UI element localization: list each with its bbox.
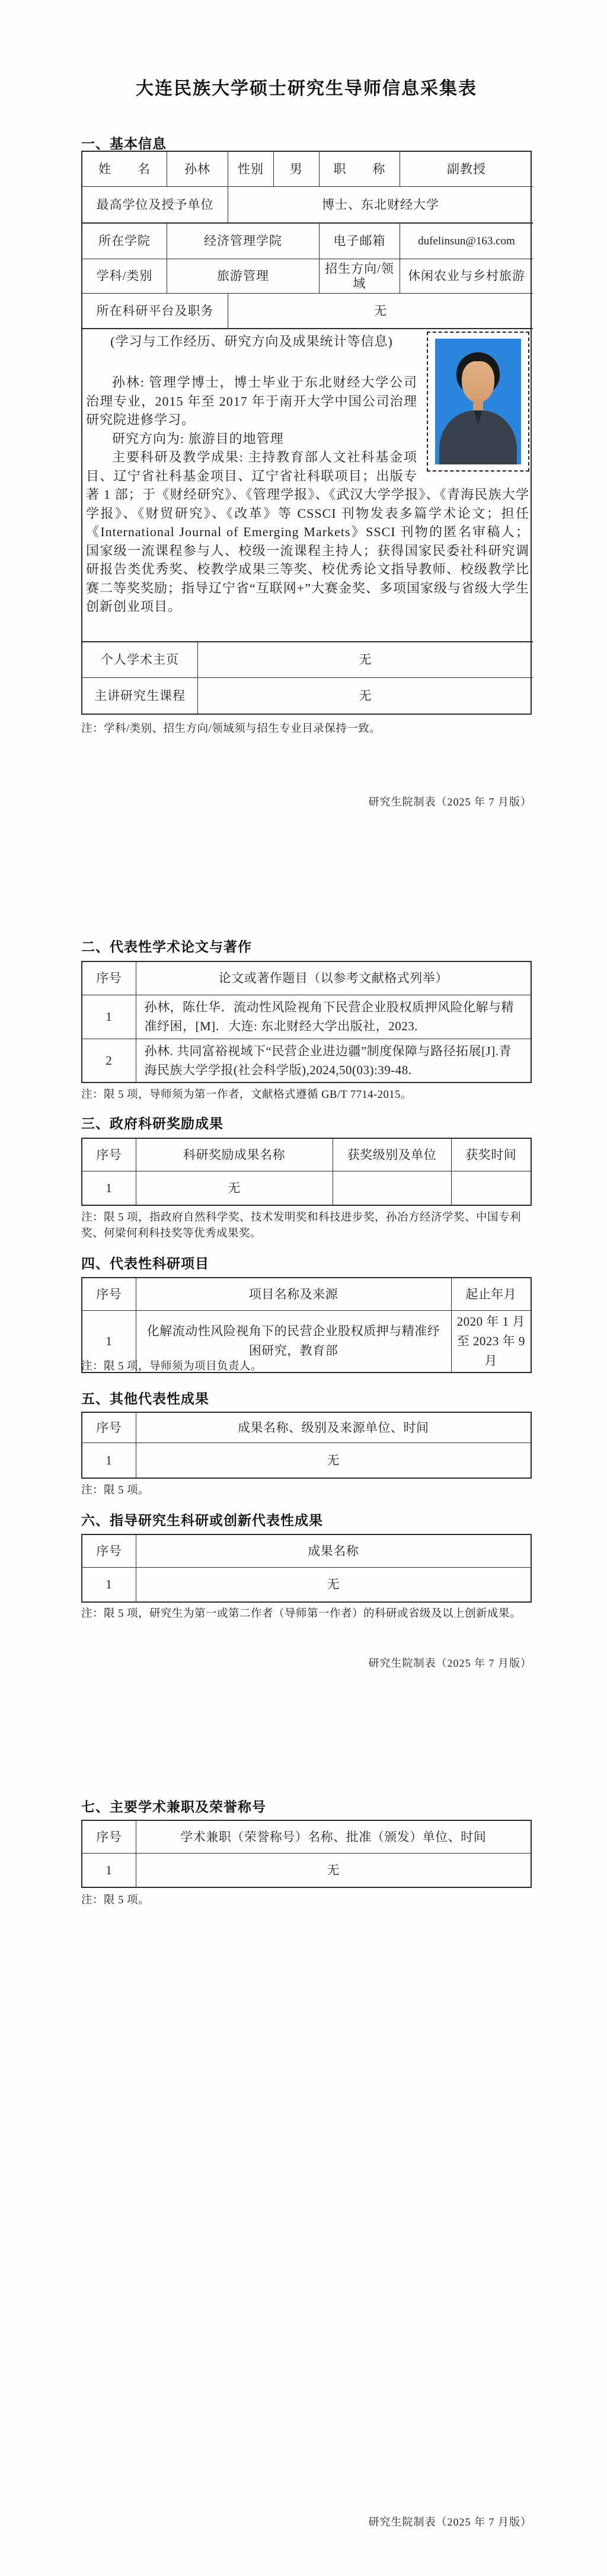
table-row: 1 无 [82,1171,531,1205]
basic-info-note: 注：学科/类别、招生方向/领域须与招生专业目录保持一致。 [81,721,536,737]
discipline-value: 旅游管理 [167,259,320,294]
other-name: 无 [136,1443,531,1478]
email-value: dufelinsun@163.com [400,224,533,259]
college-label: 所在学院 [82,224,167,259]
section-2-heading: 二、代表性学术论文与著作 [81,936,252,956]
paper-no: 1 [82,995,136,1039]
name-label: 姓 名 [82,152,167,187]
section-7-heading: 七、主要学术兼职及荣誉称号 [81,1796,266,1816]
homepage-label: 个人学术主页 [82,642,198,678]
others-note: 注：限 5 项。 [81,1483,536,1499]
others-col-no: 序号 [82,1412,136,1443]
awards-col-no: 序号 [82,1138,136,1171]
title-value: 副教授 [400,152,533,187]
paper-no: 2 [82,1039,136,1082]
gender-label: 性别 [228,152,274,187]
portrait-photo [435,339,521,464]
page-footer-2: 研究生院制表（2025 年 7 月版） [81,1655,532,1670]
profile-cell: (学习与工作经历、研究方向及成果统计等信息) 孙林: 管理学博士，博士毕业于东北… [82,329,533,642]
papers-col-no: 序号 [82,961,136,995]
honors-col-name: 学术兼职（荣誉称号）名称、批准（颁发）单位、时间 [136,1820,531,1853]
papers-header-row: 序号 论文或著作题目（以参考文献格式列举） [82,961,531,995]
degree-label: 最高学位及授予单位 [82,187,228,224]
document-page: 大连民族大学硕士研究生导师信息采集表 一、基本信息 姓 名 孙林 性别 男 职 … [0,0,607,2576]
courses-value: 无 [198,678,533,714]
student-achievement-no: 1 [82,1567,136,1602]
projects-col-name: 项目名称及来源 [136,1278,451,1310]
table-row: 1 无 [82,1443,531,1478]
honors-note: 注：限 5 项。 [81,1893,536,1909]
honor-name: 无 [136,1853,531,1887]
paper-text: 孙林，陈仕华．流动性风险视角下民营企业股权质押风险化解与精准纾困，[M]．大连:… [136,995,531,1039]
platform-value: 无 [228,294,533,329]
others-table: 序号 成果名称、级别及来源单位、时间 1 无 [81,1412,532,1479]
student-achievements-table: 序号 成果名称 1 无 [81,1534,532,1603]
projects-header-row: 序号 项目名称及来源 起止年月 [82,1278,531,1310]
awards-col-name: 科研奖励成果名称 [136,1138,333,1171]
portrait-photo-frame [427,332,529,472]
basic-info-table: 姓 名 孙林 性别 男 职 称 副教授 最高学位及授予单位 博士、东北财经大学 … [81,151,532,715]
degree-value: 博士、东北财经大学 [228,187,533,224]
table-row: 1 无 [82,1853,531,1887]
student-achievement-name: 无 [136,1567,531,1602]
honor-no: 1 [82,1853,136,1887]
honors-table: 序号 学术兼职（荣誉称号）名称、批准（颁发）单位、时间 1 无 [81,1820,532,1888]
page-footer-3: 研究生院制表（2025 年 7 月版） [81,2514,532,2529]
award-level [333,1171,451,1205]
projects-note: 注：限 5 项，导师须为项目负责人。 [81,1359,536,1375]
table-row: 1 无 [82,1567,531,1602]
gender-value: 男 [274,152,320,187]
section-1-heading: 一、基本信息 [81,133,167,152]
table-row: 1 孙林，陈仕华．流动性风险视角下民营企业股权质押风险化解与精准纾困，[M]．大… [82,995,531,1039]
student-col-no: 序号 [82,1534,136,1567]
section-6-heading: 六、指导研究生科研或创新代表性成果 [81,1510,323,1529]
honors-header-row: 序号 学术兼职（荣誉称号）名称、批准（颁发）单位、时间 [82,1820,531,1853]
awards-col-time: 获奖时间 [451,1138,531,1171]
section-4-heading: 四、代表性科研项目 [81,1253,209,1272]
student-achievements-header-row: 序号 成果名称 [82,1534,531,1567]
others-col-name: 成果名称、级别及来源单位、时间 [136,1412,531,1443]
projects-col-period: 起止年月 [451,1278,531,1310]
bio-paragraph-achievements: 主要科研及教学成果: 主持教育部人文社科基金项目、辽宁省社科基金项目、辽宁省社科… [86,448,529,616]
awards-header-row: 序号 科研奖励成果名称 获奖级别及单位 获奖时间 [82,1138,531,1171]
awards-table: 序号 科研奖励成果名称 获奖级别及单位 获奖时间 1 无 [81,1138,532,1206]
discipline-label: 学科/类别 [82,259,167,294]
section-5-heading: 五、其他代表性成果 [81,1388,209,1408]
paper-text: 孙林. 共同富裕视域下“民营企业进边疆”制度保障与路径拓展[J].青海民族大学学… [136,1039,531,1082]
name-value: 孙林 [167,152,228,187]
papers-table: 序号 论文或著作题目（以参考文献格式列举） 1 孙林，陈仕华．流动性风险视角下民… [81,961,532,1083]
section-3-heading: 三、政府科研奖励成果 [81,1113,223,1132]
document-title: 大连民族大学硕士研究生导师信息采集表 [81,74,532,100]
page-footer-1: 研究生院制表（2025 年 7 月版） [81,794,532,809]
honors-col-no: 序号 [82,1820,136,1853]
awards-col-level: 获奖级别及单位 [333,1138,451,1171]
papers-note: 注：限 5 项，导师须为第一作者，文献格式遵循 GB/T 7714-2015。 [81,1087,536,1103]
other-no: 1 [82,1443,136,1478]
student-col-name: 成果名称 [136,1534,531,1567]
projects-col-no: 序号 [82,1278,136,1310]
title-label: 职 称 [320,152,400,187]
homepage-value: 无 [198,642,533,678]
platform-label: 所在科研平台及职务 [82,294,228,329]
photo-face-shape [462,361,494,403]
award-no: 1 [82,1171,136,1205]
courses-label: 主讲研究生课程 [82,678,198,714]
table-row: 2 孙林. 共同富裕视域下“民营企业进边疆”制度保障与路径拓展[J].青海民族大… [82,1039,531,1082]
direction-value: 休闲农业与乡村旅游 [400,259,533,294]
awards-note: 注：限 5 项，指政府自然科学奖、技术发明奖和科技进步奖，孙冶方经济学奖、中国专… [81,1210,536,1242]
email-label: 电子邮箱 [320,224,400,259]
others-header-row: 序号 成果名称、级别及来源单位、时间 [82,1412,531,1443]
direction-label: 招生方向/领域 [320,259,400,294]
college-value: 经济管理学院 [167,224,320,259]
award-name: 无 [136,1171,333,1205]
student-achievements-note: 注：限 5 项，研究生为第一或第二作者（导师第一作者）的科研或省级及以上创新成果… [81,1606,536,1622]
papers-col-title: 论文或著作题目（以参考文献格式列举） [136,961,531,995]
award-time [451,1171,531,1205]
